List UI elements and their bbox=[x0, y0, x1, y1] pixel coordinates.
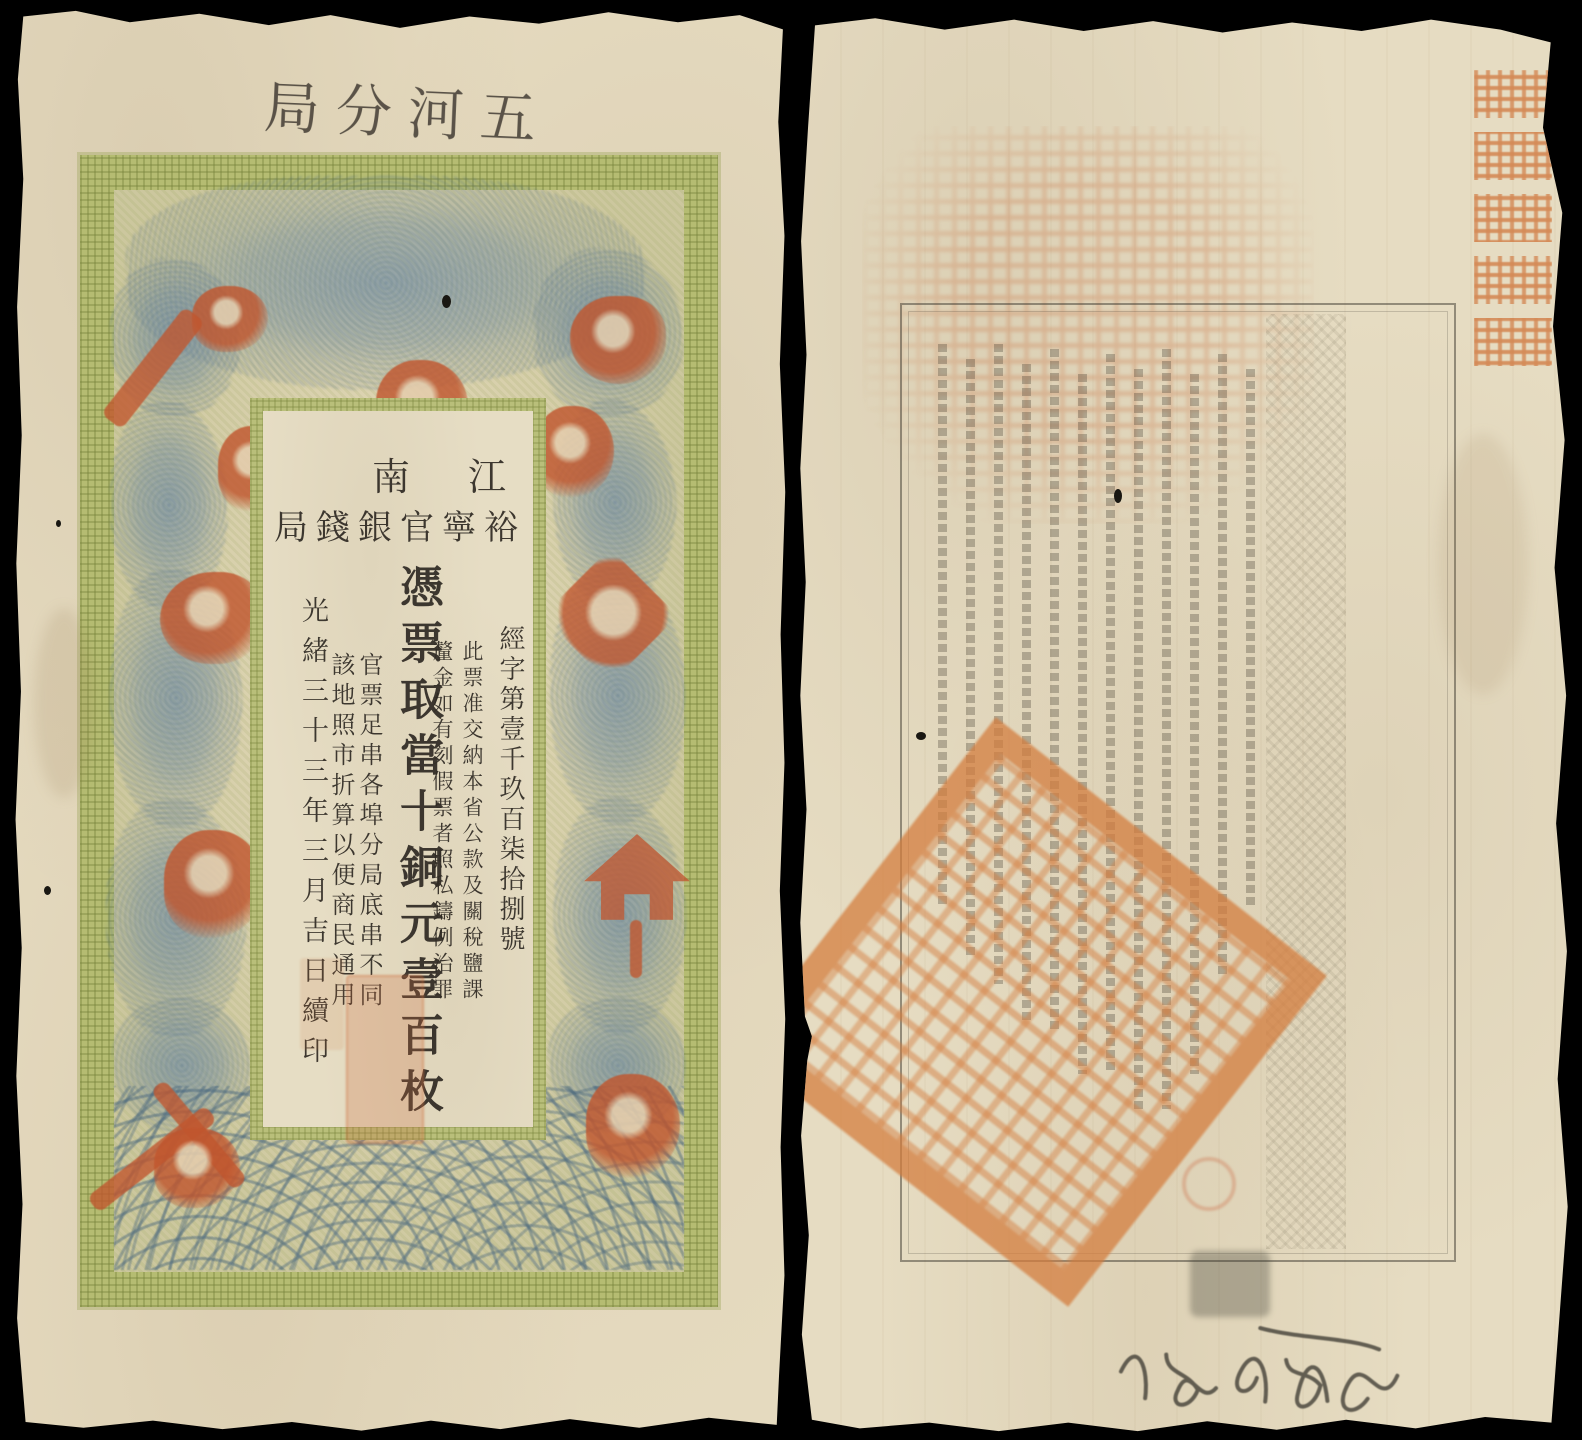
panel-red-seal-faint bbox=[300, 958, 344, 1050]
scan-background: 局分河五 南江 局錢銀 bbox=[0, 0, 1582, 1440]
peony-icon bbox=[570, 296, 666, 384]
chime-tassel-icon bbox=[630, 920, 642, 978]
header-issuer: 局錢銀官寧裕 bbox=[272, 500, 528, 549]
banknote-back: black handwritten endorsement, inverted,… bbox=[798, 14, 1570, 1434]
edge-seal-stamp bbox=[1474, 70, 1552, 376]
ink-speck bbox=[1114, 489, 1122, 503]
ink-speck bbox=[44, 886, 51, 895]
ink-speck bbox=[56, 520, 61, 527]
ink-speck bbox=[916, 732, 926, 740]
foxing-stain bbox=[34, 608, 94, 798]
branch-inscription: 局分河五 bbox=[262, 64, 555, 157]
ink-speck bbox=[442, 295, 451, 308]
foxing-stain bbox=[1438, 434, 1528, 694]
header-region: 南江 bbox=[314, 446, 494, 501]
banknote-front: 局分河五 南江 局錢銀 bbox=[14, 8, 786, 1432]
clause-tax: 此票准交納本省公款及關稅鹽課 bbox=[457, 640, 487, 1004]
faint-text-column bbox=[1218, 354, 1227, 974]
small-red-seal-ring bbox=[1182, 1157, 1236, 1211]
cicada-icon bbox=[160, 572, 264, 664]
serial-line: 經字第壹千玖百柒拾捌號 bbox=[492, 625, 529, 955]
faint-text-column bbox=[1246, 369, 1255, 909]
panel-red-seal bbox=[346, 975, 424, 1144]
handwritten-endorsement: black handwritten endorsement, inverted,… bbox=[1093, 1275, 1423, 1434]
floral-scroll-band bbox=[1266, 314, 1346, 1249]
